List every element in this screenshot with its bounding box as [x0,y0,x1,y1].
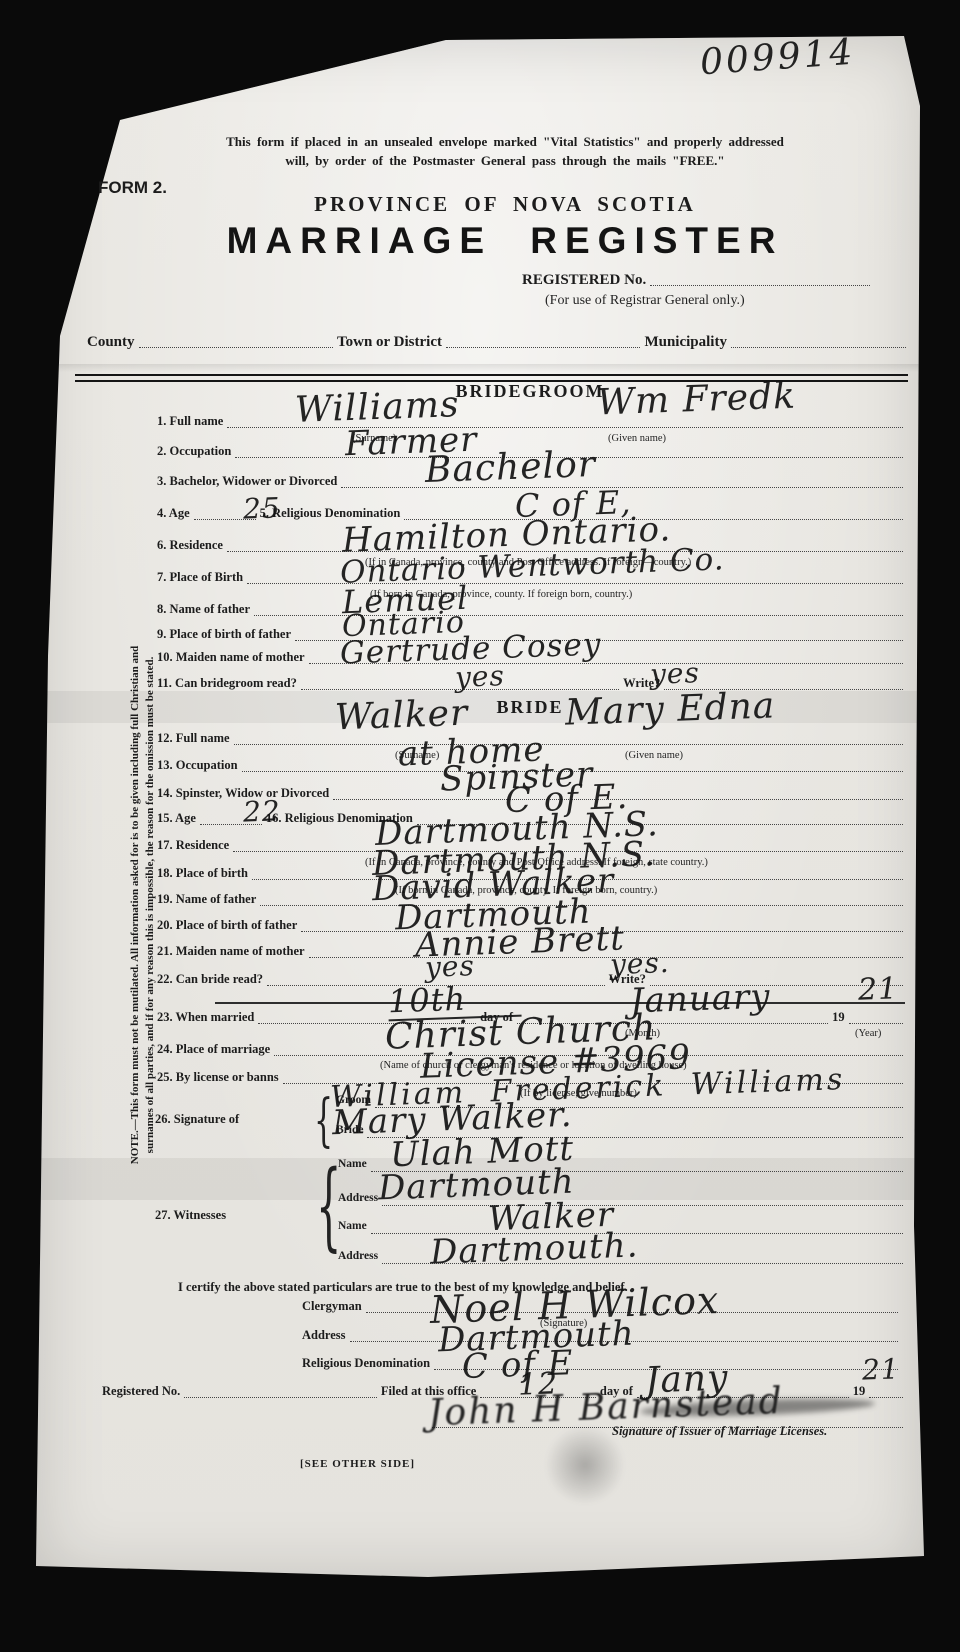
county-label: County [85,334,137,351]
dotted-line [869,1394,903,1398]
hw-groom-can-read: yes [455,662,506,692]
groom-occupation-label: 2. Occupation [155,444,233,459]
groom-full-name-label: 1. Full name [155,414,225,429]
dotted-line [139,344,333,348]
registered-no-row: REGISTERED No. [520,272,872,288]
hw-bride-age: 22 [243,797,282,826]
witness-address-label: Address [336,1250,380,1262]
section-rule [215,1002,905,1004]
registrar-use-note: (For use of Registrar General only.) [545,293,745,309]
groom-birthplace-label: 7. Place of Birth [155,570,245,585]
mailing-note-line2: will, by order of the Postmaster General… [130,153,880,169]
registered-no-label: REGISTERED No. [520,272,648,289]
given-name-caption: (Given name) [608,433,666,444]
dotted-line [184,1394,377,1398]
groom-father-birthplace-label: 9. Place of birth of father [155,627,293,642]
year-caption: (Year) [855,1028,881,1039]
row-groom-literacy: 11. Can bridegroom read? Write? [155,676,905,692]
witness-address-label: Address [336,1192,380,1204]
place-of-marriage-label: 24. Place of marriage [155,1042,272,1057]
witnesses-label: 27. Witnesses [155,1208,226,1223]
hw-groom-given-name: Wm Fredk [596,379,796,422]
clergy-denomination-label: Religious Denomination [300,1356,432,1371]
hw-bride-can-read: yes [425,952,476,982]
ink-blot [545,1425,625,1505]
registered-no-bottom-label: Registered No. [100,1384,182,1399]
bride-heading: BRIDE [155,697,905,718]
groom-status-label: 3. Bachelor, Widower or Divorced [155,474,339,489]
groom-read-label: 11. Can bridegroom read? [155,676,299,691]
bride-father-birthplace-label: 20. Place of birth of father [155,918,299,933]
row-bride-literacy: 22. Can bride read? Write? [155,972,905,988]
hw-marriage-year: 21 [857,974,898,1005]
dotted-line [446,344,640,348]
margin-note-line1: NOTE.—This form must not be mutilated. A… [128,549,143,1261]
dotted-line [234,741,903,745]
hw-bride-can-write: yes. [610,949,671,979]
fold-crease [36,364,924,372]
witness-name-label: Name [336,1158,369,1170]
hw-bride-surname: Walker [334,696,468,737]
clergy-address-label: Address [300,1328,348,1343]
bride-father-label: 19. Name of father [155,892,258,907]
bride-age-label: 15. Age [155,811,198,826]
witness-name-label: Name [336,1220,369,1232]
signature-of-label: 26. Signature of [155,1112,239,1127]
dotted-line [731,344,906,348]
see-other-side-note: [SEE OTHER SIDE] [300,1458,415,1470]
groom-mother-label: 10. Maiden name of mother [155,650,307,665]
location-row: County Town or District Municipality [85,334,908,350]
year-prefix: 19 [830,1010,847,1025]
hw-filed-year: 21 [862,1355,901,1384]
row-groom-father: 8. Name of father [155,602,905,618]
hw-groom-status: Bachelor [424,447,596,489]
municipality-label: Municipality [642,334,729,351]
bride-residence-label: 17. Residence [155,838,231,853]
clergyman-label: Clergyman [300,1299,364,1314]
margin-note: NOTE.—This form must not be mutilated. A… [128,549,158,1261]
row-clergy-denomination: Religious Denomination [300,1356,900,1372]
bride-birthplace-label: 18. Place of birth [155,866,250,881]
groom-residence-label: 6. Residence [155,538,225,553]
hw-groom-can-write: yes [650,659,701,689]
dotted-line [650,282,870,286]
province-heading: PROVINCE OF NOVA SCOTIA [130,192,880,217]
bride-mother-label: 21. Maiden name of mother [155,944,307,959]
document-title: MARRIAGE REGISTER [130,220,880,262]
groom-father-label: 8. Name of father [155,602,252,617]
when-married-label: 23. When married [155,1010,256,1025]
bride-occupation-label: 13. Occupation [155,758,240,773]
hw-bride-given-name: Mary Edna [564,688,775,731]
hw-groom-age: 25 [243,494,282,523]
license-label: 25. By license or banns [155,1070,281,1085]
dotted-line [849,1020,903,1024]
town-district-label: Town or District [335,334,444,351]
bride-full-name-label: 12. Full name [155,731,232,746]
bride-read-label: 22. Can bride read? [155,972,265,987]
scanned-document: 009914 This form if placed in an unseale… [0,0,960,1652]
mailing-note-line1: This form if placed in an unsealed envel… [130,134,880,150]
groom-age-label: 4. Age [155,506,192,521]
hw-witness2-address: Dartmouth. [429,1228,638,1269]
